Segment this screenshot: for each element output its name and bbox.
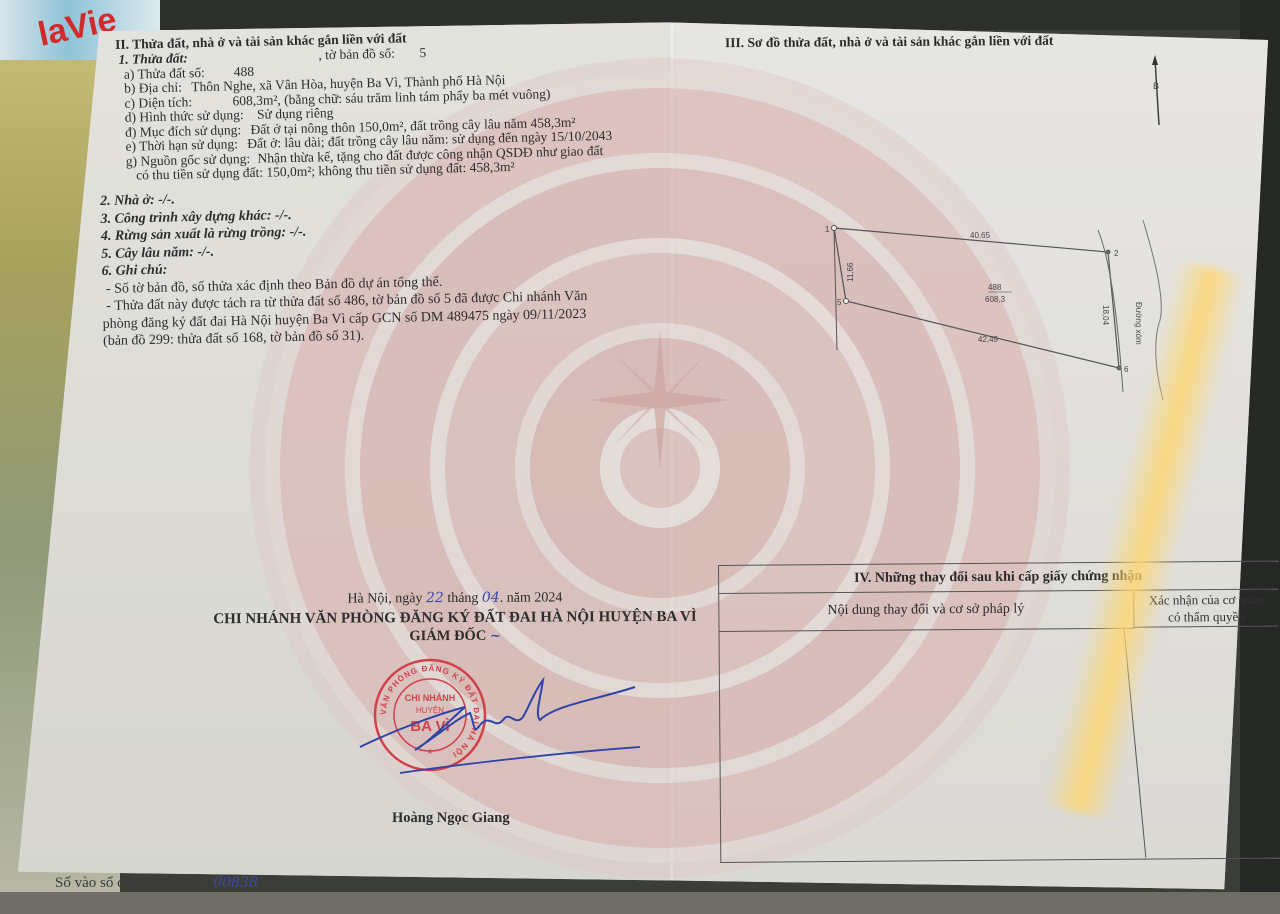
section3-heading: III. Sơ đồ thửa đất, nhà ở và tài sản kh…	[725, 33, 1053, 51]
svg-text:608,3: 608,3	[985, 295, 1006, 304]
section-land-info: II. Thửa đất, nhà ở và tài sản khác gắn …	[115, 26, 613, 197]
svg-text:488: 488	[988, 283, 1002, 292]
svg-text:1: 1	[825, 225, 830, 234]
drum-star-icon	[590, 330, 730, 470]
north-arrow-icon: B	[1150, 55, 1164, 127]
svg-text:42,49: 42,49	[978, 335, 999, 344]
background-bottom	[0, 892, 1280, 914]
signer-title: GIÁM ĐỐC ~	[190, 627, 720, 647]
svg-text:18,04: 18,04	[1101, 305, 1110, 326]
issuing-agency: CHI NHÁNH VĂN PHÒNG ĐĂNG KÝ ĐẤT ĐAI HÀ N…	[190, 609, 720, 629]
registry-number: Số vào sổ cấp GCN:CN....00838......	[55, 875, 280, 892]
initials-mark: ~	[490, 629, 501, 644]
svg-text:Đường xóm: Đường xóm	[1134, 302, 1143, 345]
parcel-diagram: 1 2 5 6 40,65 11,66 42,49 18,04 Đường xó…	[825, 220, 1165, 400]
svg-text:B: B	[1153, 81, 1159, 91]
signing-block: Hà Nội, ngày 22 tháng 04. năm 2024 CHI N…	[190, 589, 720, 647]
issue-date: Hà Nội, ngày 22 tháng 04. năm 2024	[190, 589, 720, 609]
issue-month: 04	[482, 590, 500, 606]
changes-table: IV. Những thay đổi sau khi cấp giấy chứn…	[718, 561, 1280, 865]
signature	[355, 675, 645, 775]
svg-text:40,65: 40,65	[970, 231, 991, 240]
section-other-items: 2. Nhà ở: -/-. 3. Công trình xây dựng kh…	[100, 184, 588, 352]
svg-text:6: 6	[1124, 365, 1129, 374]
svg-text:11,66: 11,66	[846, 262, 855, 282]
column-header-changes: Nội dung thay đổi và cơ sở pháp lý	[718, 590, 1134, 632]
svg-text:5: 5	[837, 298, 842, 307]
issue-day: 22	[426, 590, 444, 606]
svg-text:2: 2	[1114, 249, 1119, 258]
signer-name: Hoàng Ngọc Giang	[392, 810, 510, 827]
registry-number-value: 00838	[213, 875, 258, 891]
